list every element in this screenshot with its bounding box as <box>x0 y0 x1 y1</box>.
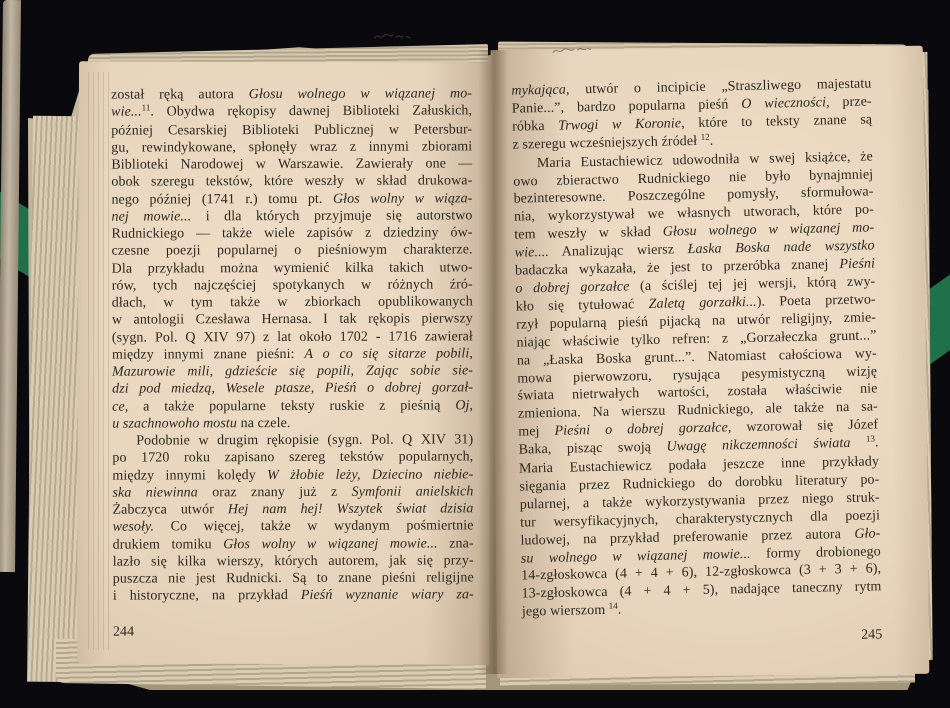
footnote-reference: 12 <box>701 131 710 141</box>
italic-title-text: Gło- <box>854 526 880 542</box>
italic-title-text: wesoły. <box>113 520 155 535</box>
text-line: drukiem tomiku Głos wolny w wiązanej mow… <box>113 535 474 554</box>
book-cover-left-edge <box>0 0 21 572</box>
text-segment: w antologii Czesława Hernasa. I tak ręko… <box>112 312 473 328</box>
text-segment: formy drobionego <box>751 544 881 562</box>
text-line: rów, tych najczęściej spotykanych w różn… <box>112 276 473 295</box>
text-line: w antologii Czesława Hernasa. I tak ręko… <box>112 311 473 330</box>
ink-mark-left-page-edge <box>372 29 416 49</box>
text-line: ska niewinna oraz znany już z Symfonii a… <box>112 483 473 502</box>
text-line: wesoły. Co więcej, także w wydanym pośmi… <box>113 518 474 537</box>
italic-title-text: Pieśni o dobrej gorzałce, <box>554 421 731 440</box>
text-segment: Baka, pisząc swoją <box>519 440 667 458</box>
text-line: Podobnie w drugim rękopisie (sygn. Pol. … <box>112 431 473 450</box>
text-segment: kło się tytułować <box>516 297 649 315</box>
right-page-text: mykająca, utwór o incipicie „Straszliweg… <box>511 75 882 651</box>
right-page-lines: mykająca, utwór o incipicie „Straszliweg… <box>511 75 882 622</box>
text-line: między innymi kolędy W żłobie leży, Dzie… <box>112 466 473 485</box>
italic-title-text: A o co się sitarze pobili, <box>304 346 473 362</box>
italic-title-text: wie... <box>111 105 142 120</box>
text-segment: lazło się kilka wierszy, których autorem… <box>113 553 474 569</box>
text-segment: Podobnie w drugim rękopisie (sygn. Pol. … <box>136 432 473 448</box>
italic-title-text: Głos wolny w wiązanej mowie... <box>223 536 438 552</box>
italic-title-text: Symfonii anielskich <box>352 484 474 499</box>
text-line: Biblioteki Narodowej w Warszawie. Zawier… <box>111 155 472 174</box>
text-segment: . <box>710 133 714 148</box>
text-line: później Cesarskiej Biblioteki Publicznej… <box>111 121 472 140</box>
text-line: lazło się kilka wierszy, których autorem… <box>113 552 474 571</box>
text-segment: Panie...”, bardzo popularna pieśń <box>512 97 742 117</box>
text-segment: został ręką autora <box>111 87 249 102</box>
book-photo-scene: został ręką autora Głosu wolnego w wiąza… <box>0 0 950 708</box>
text-line: Dla przykładu można wymienić kilka takic… <box>112 259 473 278</box>
italic-title-text: nej mowie... <box>111 209 191 224</box>
italic-title-text: Hej nam hej! Wszytek świat dzisia <box>228 501 474 517</box>
italic-title-text: W żłobie leży, Dziecino niebie- <box>267 467 473 483</box>
text-line: gu, rewindykowane, spłonęły wraz z innym… <box>111 138 472 157</box>
text-segment: obok szeregu tekstów, które weszły w skł… <box>111 174 472 190</box>
text-segment: róbka <box>512 119 558 135</box>
italic-title-text: Pieśń wyznanie wiary za- <box>301 588 474 604</box>
text-line: czesne poezji popularnej o pieśniowym ch… <box>112 242 473 261</box>
footnote-reference: 11 <box>142 103 151 113</box>
italic-title-text: O wieczności, <box>741 95 830 112</box>
text-segment: ). Poeta przetwo- <box>757 292 876 309</box>
text-segment: i dla których przyjmuje się autorstwo <box>191 208 472 224</box>
text-segment: nego później (1741 r.) tomu pt. <box>111 191 333 207</box>
text-segment: mej <box>518 424 555 440</box>
text-segment: zna- <box>438 536 474 551</box>
italic-title-text: ska niewinna <box>112 485 197 500</box>
footnote-reference: 13 <box>866 434 875 444</box>
ink-mark-right-page-edge <box>550 42 593 63</box>
text-segment: oraz znany już z <box>198 485 352 501</box>
italic-title-text: Głos wolny w wiąza- <box>333 191 473 206</box>
left-page-number: 244 <box>113 622 474 641</box>
italic-title-text: Głosu wolnego w wiązanej mo- <box>249 86 472 102</box>
text-segment: i historyczne, na przykład <box>113 588 301 604</box>
text-segment: . <box>875 435 879 450</box>
italic-title-text: Trwogi w Koronie, <box>558 116 685 134</box>
text-segment: drukiem tomiku <box>113 537 224 552</box>
text-line: nego później (1741 r.) tomu pt. Głos wol… <box>111 190 472 209</box>
italic-title-text: Łaska Boska nade wszystko <box>688 239 875 258</box>
italic-title-text: Zaletą gorzałki... <box>648 295 756 312</box>
text-line: Żabczyca utwór Hej nam hej! Wszytek świa… <box>112 500 473 519</box>
text-segment: puszcza nie jest Rudnicki. Są to znane p… <box>113 570 474 586</box>
text-segment: czesne poezji popularnej o pieśniowym ch… <box>112 243 473 259</box>
text-segment: po 1720 roku zapisano szereg tekstów pop… <box>112 450 473 466</box>
left-page-lines: został ręką autora Głosu wolnego w wiąza… <box>111 85 474 605</box>
text-segment: Dla przykładu można wymienić kilka takic… <box>112 260 473 276</box>
text-segment: jego wierszom <box>522 603 609 620</box>
italic-title-text: u szachnowoho mostu <box>112 416 237 431</box>
text-line: między innymi znane pieśni: A o co się s… <box>112 345 473 364</box>
text-segment: z szeregu wcześniejszych źródeł <box>512 134 700 153</box>
text-segment: między innymi kolędy <box>112 468 267 484</box>
text-segment: Analizując wiersz <box>549 242 688 260</box>
text-segment: Żabczyca utwór <box>112 502 227 517</box>
text-line: nej mowie... i dla których przyjmuje się… <box>111 207 472 226</box>
inner-page-edges <box>84 72 110 650</box>
text-segment: (sygn. Pol. Q XIV 97) z lat około 1702 -… <box>112 329 473 345</box>
text-segment: Rudnickiego — także wiele zapisów z dzie… <box>112 225 473 241</box>
text-line: u szachnowoho mostu na czele. <box>112 414 473 433</box>
text-segment: później Cesarskiej Biblioteki Publicznej… <box>111 122 472 138</box>
text-line: wie...11. Obydwa rękopisy dawnej Bibliot… <box>111 103 472 123</box>
italic-title-text: Oj, <box>455 398 473 413</box>
footnote-reference: 14 <box>609 601 618 611</box>
text-line: (sygn. Pol. Q XIV 97) z lat około 1702 -… <box>112 328 473 347</box>
italic-title-text: Mazurowie mili, gdzieście się popili, Za… <box>112 363 473 379</box>
text-segment: które to teksty znane są <box>685 112 873 131</box>
italic-title-text: mykająca, <box>511 82 569 98</box>
italic-title-text: Uwagę nikczemności świata <box>666 436 866 455</box>
text-line: dłach, w tym także w zbiorkach opublikow… <box>112 293 473 312</box>
text-line: i historyczne, na przykład Pieśń wyznani… <box>113 587 474 606</box>
text-line: po 1720 roku zapisano szereg tekstów pop… <box>112 449 473 468</box>
text-line: obok szeregu tekstów, które weszły w skł… <box>111 173 472 192</box>
left-page-text: został ręką autora Głosu wolnego w wiąza… <box>111 85 474 640</box>
book-gutter-shadow <box>478 50 508 674</box>
text-segment: a także popularne teksty ruskie z pieśni… <box>128 398 455 414</box>
italic-title-text: dzi pod miedzą, Wesele ptasze, Pieśń o d… <box>112 381 473 397</box>
italic-title-text: Pieśni <box>839 256 875 272</box>
text-line: Mazurowie mili, gdzieście się popili, Za… <box>112 362 473 381</box>
text-segment: między innymi znane pieśni: <box>112 347 304 363</box>
text-line: Rudnickiego — także wiele zapisów z dzie… <box>112 224 473 243</box>
text-segment: na czele. <box>237 416 291 431</box>
text-segment: gu, rewindykowane, spłonęły wraz z innym… <box>111 139 472 155</box>
italic-title-text: o dobrej gorzałce <box>515 279 629 296</box>
text-segment: tem weszły w skład <box>514 225 663 243</box>
text-segment: Co więcej, także w wydanym pośmiertnie <box>154 519 474 535</box>
text-segment: wzorował się Józef <box>731 418 878 436</box>
text-segment: prze- <box>829 94 871 110</box>
text-segment: . Obydwa rękopisy dawnej Biblioteki Zału… <box>150 104 472 120</box>
text-segment: rów, tych najczęściej spotykanych w różn… <box>112 277 473 293</box>
text-segment: . <box>618 603 622 618</box>
text-line: puszcza nie jest Rudnicki. Są to znane p… <box>113 569 474 588</box>
text-segment: dłach, w tym także w zbiorkach opublikow… <box>112 294 473 310</box>
italic-title-text: ce, <box>112 399 128 414</box>
text-line: dzi pod miedzą, Wesele ptasze, Pieśń o d… <box>112 380 473 399</box>
italic-title-text: Głosu wolnego w wiązanej mo- <box>663 221 875 240</box>
text-line: ce, a także popularne teksty ruskie z pi… <box>112 397 473 416</box>
text-line: został ręką autora Głosu wolnego w wiąza… <box>111 85 472 104</box>
text-segment: Biblioteki Narodowej w Warszawie. Zawier… <box>111 156 472 172</box>
italic-title-text: wie.... <box>515 245 549 261</box>
